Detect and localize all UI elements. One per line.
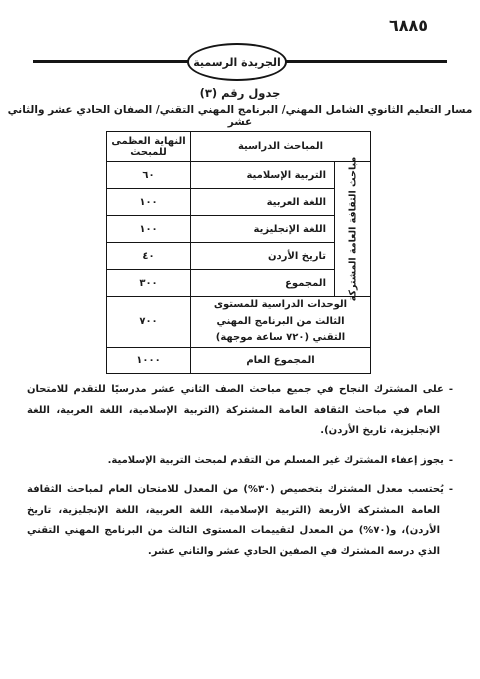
group-label-cell: مباحث الثقافة العامة المشتركة: [335, 162, 371, 297]
subject-cell: تاريخ الأردن: [191, 243, 335, 270]
gazette-seal: الجريدة الرسمية: [187, 43, 287, 81]
note-text: على المشترك النجاح في جميع مباحث الصف ال…: [27, 384, 444, 436]
units-subject-cell: الوحدات الدراسية للمستوى الثالث من البرن…: [191, 297, 371, 348]
table-row: تاريخ الأردن ٤٠: [107, 243, 371, 270]
table-row-units: الوحدات الدراسية للمستوى الثالث من البرن…: [107, 297, 371, 348]
footnotes-section: -على المشترك النجاح في جميع مباحث الصف ا…: [27, 380, 453, 571]
header-subjects: المباحث الدراسية: [191, 132, 371, 162]
curriculum-table: المباحث الدراسية النهاية العظمى للمبحث م…: [106, 131, 371, 374]
note-item: -على المشترك النجاح في جميع مباحث الصف ا…: [27, 380, 453, 442]
subject-cell: المجموع: [191, 270, 335, 297]
table-row: اللغة الإنجليزية ١٠٠: [107, 216, 371, 243]
table-caption: جدول رقم (٣): [0, 86, 480, 100]
group-label-rotated-text: مباحث الثقافة العامة المشتركة: [347, 157, 358, 302]
table-row: مباحث الثقافة العامة المشتركة التربية ال…: [107, 162, 371, 189]
note-text: يُحتسب معدل المشترك بتخصيص (٣٠%) من المع…: [27, 484, 444, 557]
table-header-row: المباحث الدراسية النهاية العظمى للمبحث: [107, 132, 371, 162]
subject-cell: التربية الإسلامية: [191, 162, 335, 189]
table-subtitle: مسار التعليم الثانوي الشامل المهني/ البر…: [0, 104, 480, 128]
score-cell: ١٠٠: [107, 189, 191, 216]
subject-cell: اللغة الإنجليزية: [191, 216, 335, 243]
grand-total-label-cell: المجموع العام: [191, 347, 371, 373]
bullet-dash: -: [449, 455, 453, 466]
curriculum-table-wrapper: المباحث الدراسية النهاية العظمى للمبحث م…: [106, 131, 371, 374]
gazette-title: الجريدة الرسمية: [193, 56, 281, 69]
header-max-score: النهاية العظمى للمبحث: [107, 132, 191, 162]
score-cell: ١٠٠: [107, 216, 191, 243]
score-cell: ٣٠٠: [107, 270, 191, 297]
score-cell: ٧٠٠: [107, 297, 191, 348]
score-cell: ٤٠: [107, 243, 191, 270]
note-item: -يجوز إعفاء المشترك غير المسلم من التقدم…: [27, 451, 453, 472]
bullet-dash: -: [449, 484, 453, 495]
note-item: -يُحتسب معدل المشترك بتخصيص (٣٠%) من الم…: [27, 480, 453, 562]
table-row-grand-total: المجموع العام ١٠٠٠: [107, 347, 371, 373]
score-cell: ١٠٠٠: [107, 347, 191, 373]
page-number: ٦٨٨٥: [389, 16, 428, 35]
note-text: يجوز إعفاء المشترك غير المسلم من التقدم …: [108, 455, 444, 466]
table-row-subtotal: المجموع ٣٠٠: [107, 270, 371, 297]
bullet-dash: -: [449, 384, 453, 395]
table-row: اللغة العربية ١٠٠: [107, 189, 371, 216]
gazette-page: { "header": { "page_number": "٦٨٨٥", "ba…: [0, 0, 480, 679]
subject-cell: اللغة العربية: [191, 189, 335, 216]
score-cell: ٦٠: [107, 162, 191, 189]
